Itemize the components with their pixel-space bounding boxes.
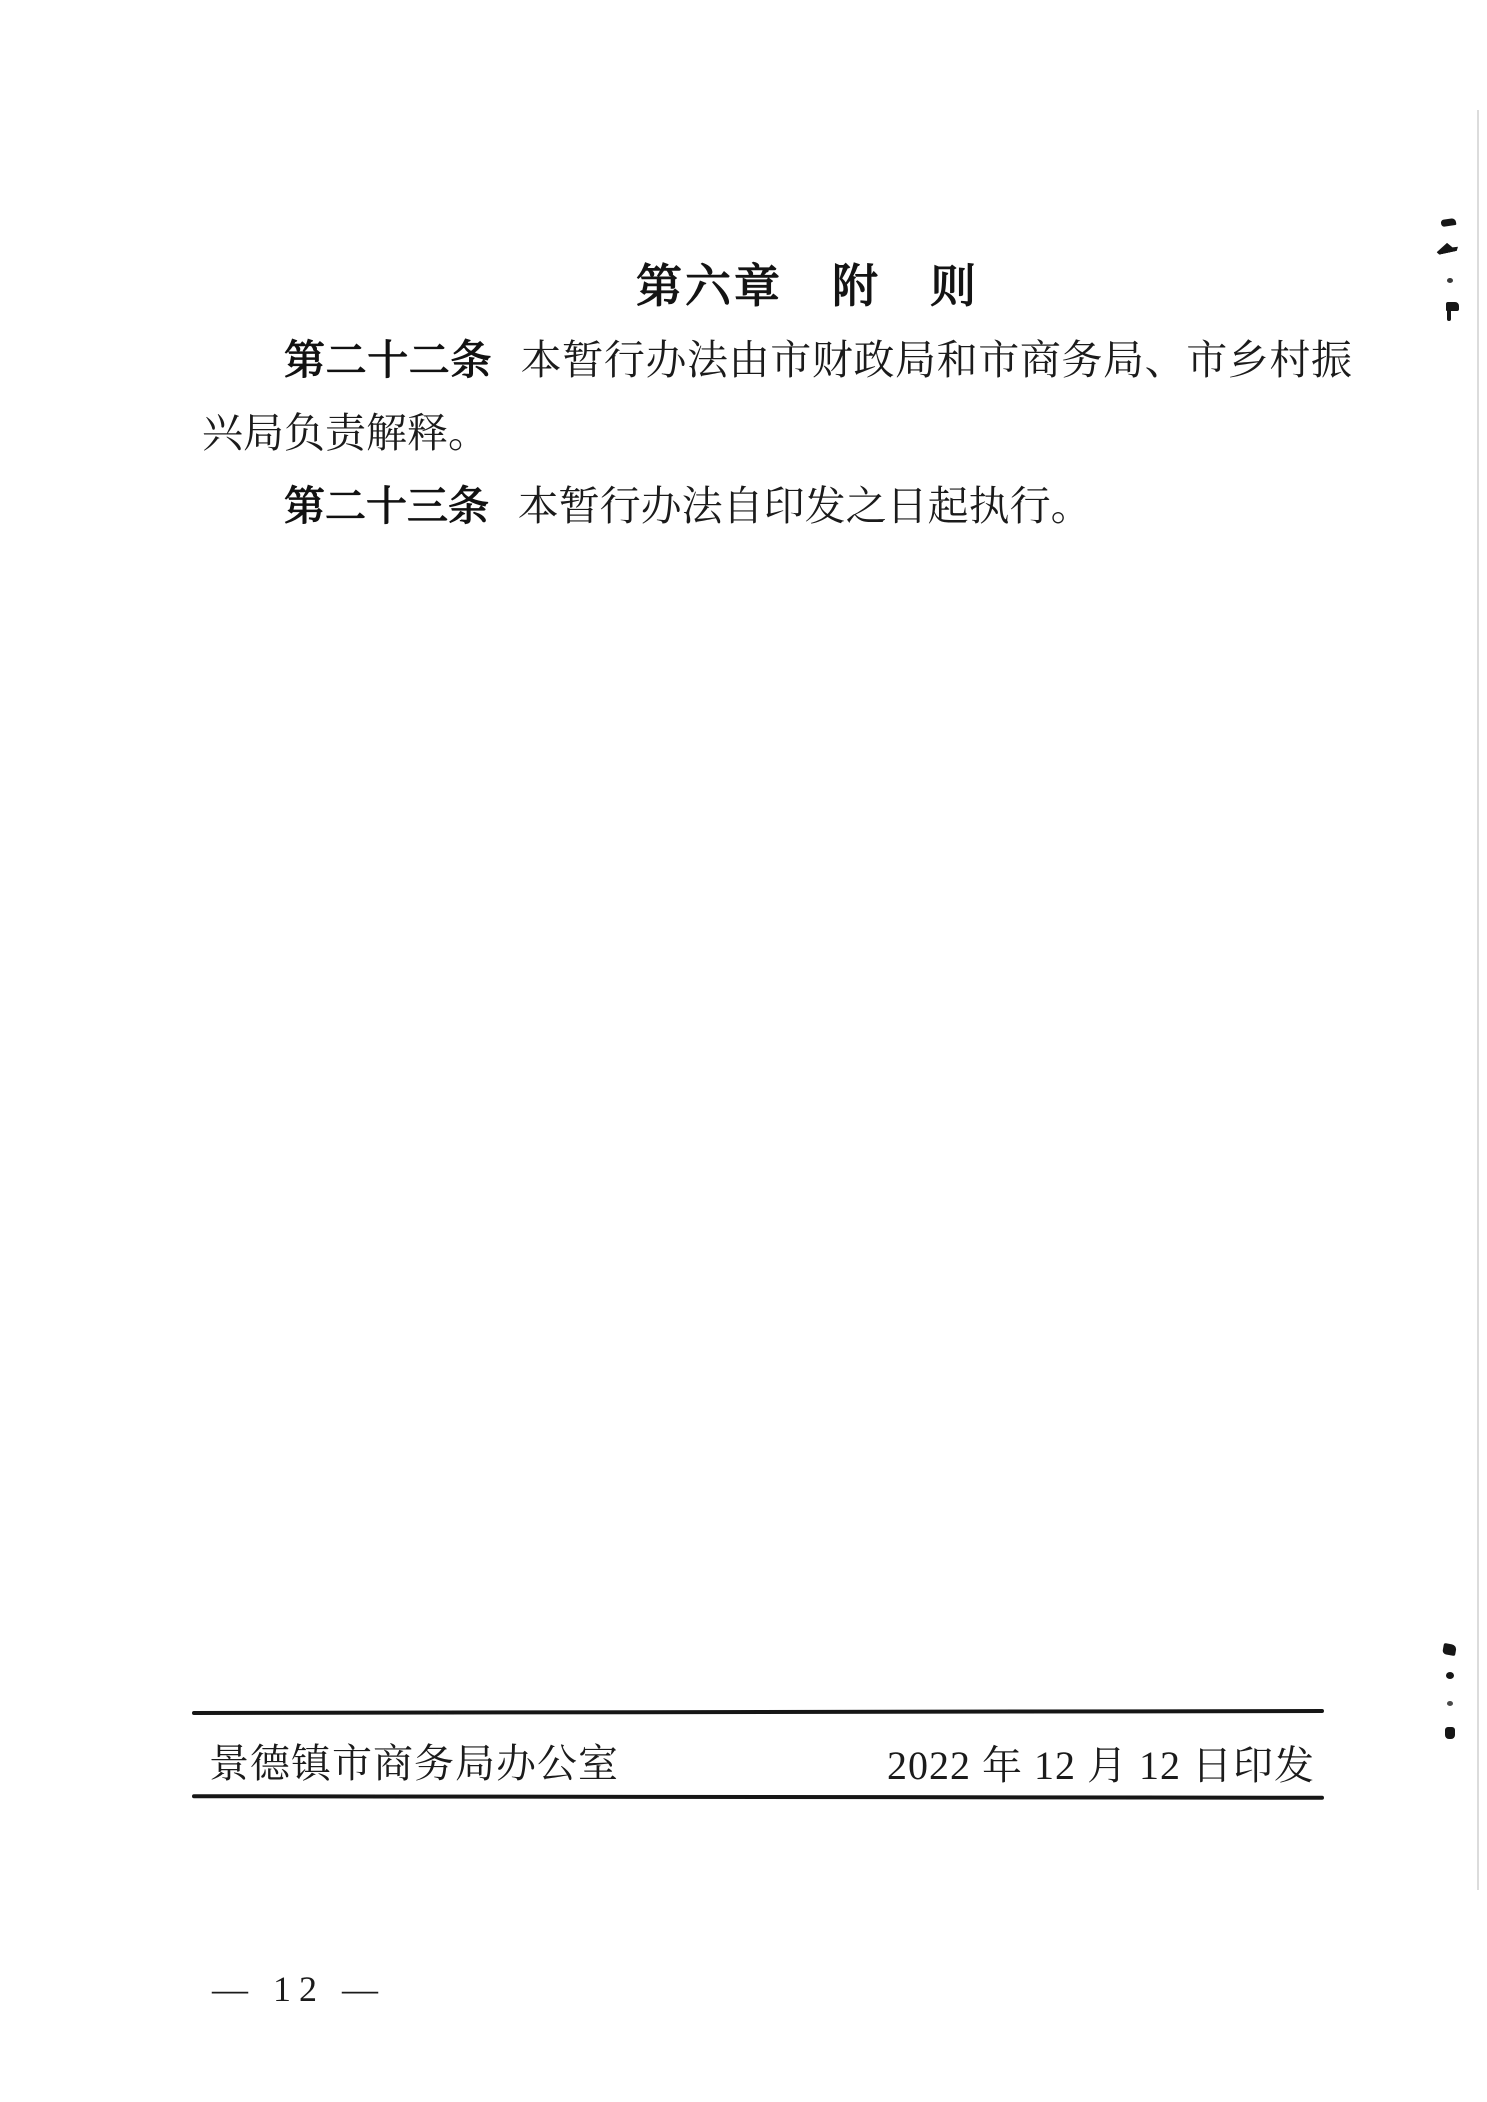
article-23: 第二十三条本暂行办法自印发之日起执行。 bbox=[202, 470, 1352, 543]
ink-speck bbox=[1447, 1701, 1453, 1706]
chapter-title: 第六章 附 则 bbox=[64, 250, 1487, 316]
article-22: 第二十二条本暂行办法由市财政局和市商务局、市乡村振兴局负责解释。 bbox=[202, 324, 1352, 470]
document-body: 第二十二条本暂行办法由市财政局和市商务局、市乡村振兴局负责解释。 第二十三条本暂… bbox=[202, 324, 1352, 543]
ink-speck bbox=[1447, 309, 1451, 321]
ink-speck bbox=[1445, 1727, 1455, 1739]
article-23-content: 本暂行办法自印发之日起执行。 bbox=[518, 483, 1092, 529]
article-22-number: 第二十二条 bbox=[284, 337, 492, 383]
footer-top-rule bbox=[192, 1709, 1324, 1715]
footer-bottom-rule bbox=[192, 1794, 1324, 1800]
scanned-document-page: 第六章 附 则 第二十二条本暂行办法由市财政局和市商务局、市乡村振兴局负责解释。… bbox=[0, 0, 1487, 2102]
footer-print-date: 2022 年 12 月 12 日印发 bbox=[887, 1734, 1315, 1791]
ink-speck bbox=[1441, 218, 1457, 227]
footer-issuer: 景德镇市商务局办公室 bbox=[209, 1732, 619, 1789]
ink-speck bbox=[1446, 1672, 1454, 1679]
ink-speck bbox=[1442, 1643, 1457, 1656]
page-number: — 12 — bbox=[212, 1968, 386, 2010]
article-23-number: 第二十三条 bbox=[284, 483, 489, 529]
scan-edge-line bbox=[1477, 110, 1479, 1890]
ink-speck bbox=[1447, 278, 1453, 283]
